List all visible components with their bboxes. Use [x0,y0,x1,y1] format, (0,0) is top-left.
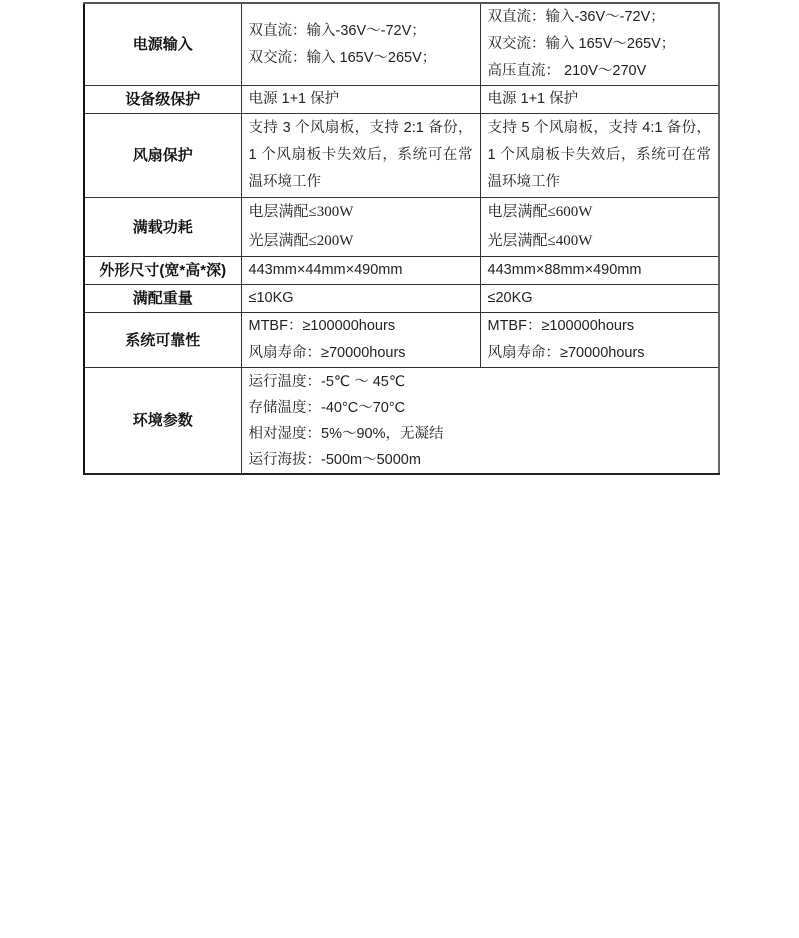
cell-line: 电源 1+1 保护 [488,86,712,113]
cell-line: 电源 1+1 保护 [249,86,473,113]
row-label: 外形尺寸(宽*高*深) [84,257,241,285]
cell-line: MTBF：≥100000hours [249,313,473,340]
table-row-environment: 环境参数 运行温度：-5℃ ～ 45℃ 存储温度：-40°C～70°C 相对湿度… [84,368,719,475]
model-a-cell: 443mm×44mm×490mm [241,257,480,285]
table-row-fan-protection: 风扇保护 支持 3 个风扇板，支持 2:1 备份，1 个风扇板卡失效后，系统可在… [84,114,719,198]
cell-line: 双直流：输入-36V～-72V； [488,4,712,31]
table-row-dimensions: 外形尺寸(宽*高*深) 443mm×44mm×490mm 443mm×88mm×… [84,257,719,285]
model-b-cell: 双直流：输入-36V～-72V； 双交流：输入 165V～265V； 高压直流：… [480,3,719,86]
spec-table: 电源输入 双直流：输入-36V～-72V； 双交流：输入 165V～265V； … [83,2,720,475]
model-a-cell: 双直流：输入-36V～-72V； 双交流：输入 165V～265V； [241,3,480,86]
model-a-cell: ≤10KG [241,285,480,313]
cell-line: 风扇寿命：≥70000hours [249,340,473,367]
cell-line: 双直流：输入-36V～-72V； [249,18,473,45]
cell-line: MTBF：≥100000hours [488,313,712,340]
model-a-cell: 支持 3 个风扇板，支持 2:1 备份，1 个风扇板卡失效后，系统可在常温环境工… [241,114,480,198]
row-label: 环境参数 [84,368,241,475]
model-b-cell: MTBF：≥100000hours 风扇寿命：≥70000hours [480,313,719,368]
cell-line: 电层满配≤300W [249,198,473,227]
cell-line: 相对湿度：5%～90%，无凝结 [249,421,712,447]
model-b-cell: 电源 1+1 保护 [480,86,719,114]
cell-line: ≤20KG [488,285,712,312]
cell-line: 运行海拔：-500m～5000m [249,447,712,473]
cell-line: ≤10KG [249,285,473,312]
cell-line: 双交流：输入 165V～265V； [249,45,473,72]
row-label: 系统可靠性 [84,313,241,368]
row-label: 满配重量 [84,285,241,313]
model-b-cell: 支持 5 个风扇板，支持 4:1 备份，1 个风扇板卡失效后，系统可在常温环境工… [480,114,719,198]
model-a-cell: 电层满配≤300W 光层满配≤200W [241,198,480,257]
model-a-cell: MTBF：≥100000hours 风扇寿命：≥70000hours [241,313,480,368]
cell-line: 443mm×88mm×490mm [488,257,712,284]
cell-line: 运行温度：-5℃ ～ 45℃ [249,369,712,395]
cell-line: 光层满配≤200W [249,227,473,256]
row-label: 设备级保护 [84,86,241,114]
cell-line: 高压直流： 210V～270V [488,58,712,85]
merged-cell: 运行温度：-5℃ ～ 45℃ 存储温度：-40°C～70°C 相对湿度：5%～9… [241,368,719,475]
model-b-cell: ≤20KG [480,285,719,313]
row-label: 满载功耗 [84,198,241,257]
cell-line: 光层满配≤400W [488,227,712,256]
cell-line: 443mm×44mm×490mm [249,257,473,284]
model-b-cell: 443mm×88mm×490mm [480,257,719,285]
table-row-reliability: 系统可靠性 MTBF：≥100000hours 风扇寿命：≥70000hours… [84,313,719,368]
cell-line: 风扇寿命：≥70000hours [488,340,712,367]
model-a-cell: 电源 1+1 保护 [241,86,480,114]
row-label: 电源输入 [84,3,241,86]
cell-line: 存储温度：-40°C～70°C [249,395,712,421]
model-b-cell: 电层满配≤600W 光层满配≤400W [480,198,719,257]
cell-line: 电层满配≤600W [488,198,712,227]
cell-line: 双交流：输入 165V～265V； [488,31,712,58]
table-row-power-input: 电源输入 双直流：输入-36V～-72V； 双交流：输入 165V～265V； … [84,3,719,86]
row-label: 风扇保护 [84,114,241,198]
table-row-full-load-power: 满载功耗 电层满配≤300W 光层满配≤200W 电层满配≤600W 光层满配≤… [84,198,719,257]
table-row-weight: 满配重量 ≤10KG ≤20KG [84,285,719,313]
table-row-device-protection: 设备级保护 电源 1+1 保护 电源 1+1 保护 [84,86,719,114]
